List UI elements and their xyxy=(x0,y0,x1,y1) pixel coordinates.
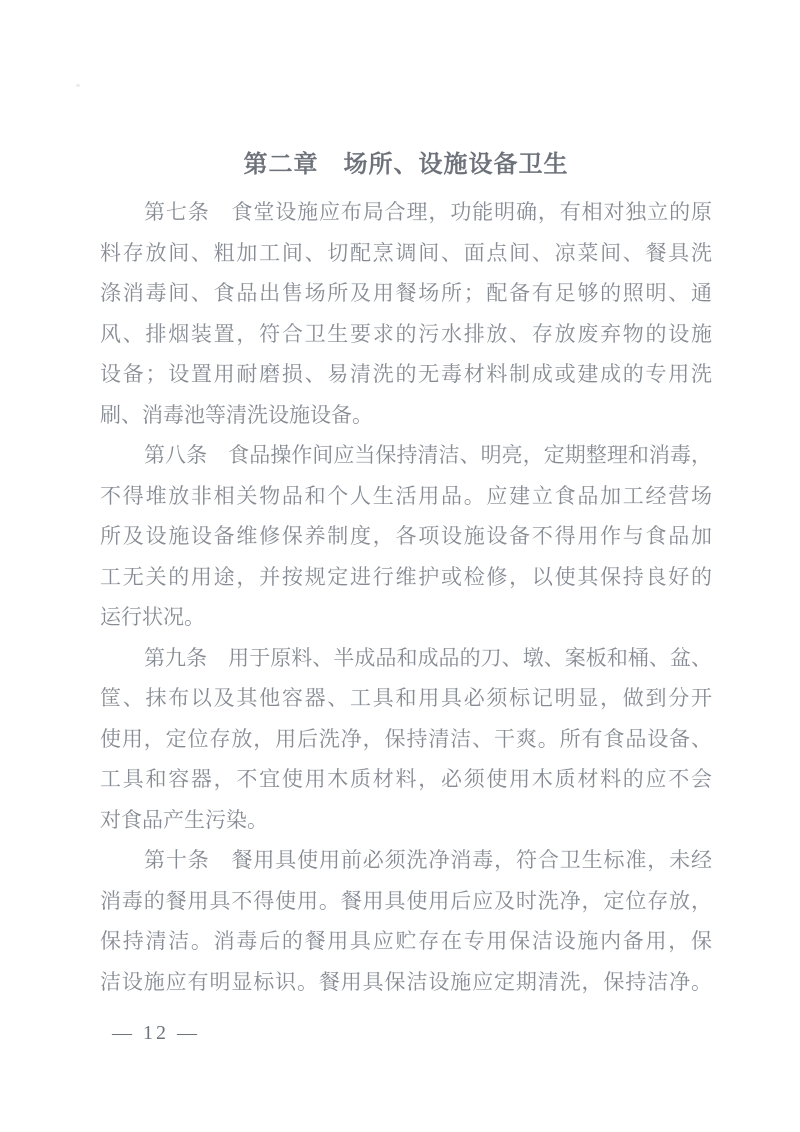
text-line: 第十条 餐用具使用前必须洗净消毒，符合卫生标准，未经 xyxy=(100,840,712,881)
text-line: 第七条 食堂设施应布局合理，功能明确，有相对独立的原 xyxy=(100,192,712,233)
paragraph-article-7: 第七条 食堂设施应布局合理，功能明确，有相对独立的原 料存放间、粗加工间、切配烹… xyxy=(100,192,712,435)
text-line: 风、排烟装置，符合卫生要求的污水排放、存放废弃物的设施 xyxy=(100,314,712,355)
text-line: 工具和容器，不宜使用木质材料，必须使用木质材料的应不会 xyxy=(100,759,712,800)
paragraph-article-8: 第八条 食品操作间应当保持清洁、明亮，定期整理和消毒， 不得堆放非相关物品和个人… xyxy=(100,435,712,638)
text-line: 不得堆放非相关物品和个人生活用品。应建立食品加工经营场 xyxy=(100,476,712,517)
document-page: 第二章 场所、设施设备卫生 第七条 食堂设施应布局合理，功能明确，有相对独立的原… xyxy=(0,0,800,1132)
chapter-title: 第二章 场所、设施设备卫生 xyxy=(100,144,712,179)
page-number: — 12 — xyxy=(112,1022,200,1045)
text-line: 对食品产生污染。 xyxy=(100,800,712,841)
text-line: 消毒的餐用具不得使用。餐用具使用后应及时洗净，定位存放， xyxy=(100,881,712,922)
text-line: 料存放间、粗加工间、切配烹调间、面点间、凉菜间、餐具洗 xyxy=(100,233,712,274)
document-body: 第七条 食堂设施应布局合理，功能明确，有相对独立的原 料存放间、粗加工间、切配烹… xyxy=(100,192,712,1002)
text-line: 运行状况。 xyxy=(100,597,712,638)
text-line: 第八条 食品操作间应当保持清洁、明亮，定期整理和消毒， xyxy=(100,435,712,476)
paragraph-article-10: 第十条 餐用具使用前必须洗净消毒，符合卫生标准，未经 消毒的餐用具不得使用。餐用… xyxy=(100,840,712,1002)
text-line: 保持清洁。消毒后的餐用具应贮存在专用保洁设施内备用，保 xyxy=(100,921,712,962)
text-line: 所及设施设备维修保养制度，各项设施设备不得用作与食品加 xyxy=(100,516,712,557)
text-line: 筐、抹布以及其他容器、工具和用具必须标记明显，做到分开 xyxy=(100,678,712,719)
paragraph-article-9: 第九条 用于原料、半成品和成品的刀、墩、案板和桶、盆、 筐、抹布以及其他容器、工… xyxy=(100,638,712,841)
text-line: 洁设施应有明显标识。餐用具保洁设施应定期清洗，保持洁净。 xyxy=(100,962,712,1003)
page-number-text: — 12 — xyxy=(112,1022,200,1044)
text-line: 第九条 用于原料、半成品和成品的刀、墩、案板和桶、盆、 xyxy=(100,638,712,679)
scan-artifact-speck xyxy=(76,84,80,87)
text-line: 工无关的用途，并按规定进行维护或检修，以使其保持良好的 xyxy=(100,557,712,598)
text-line: 刷、消毒池等清洗设施设备。 xyxy=(100,395,712,436)
text-line: 使用，定位存放，用后洗净，保持清洁、干爽。所有食品设备、 xyxy=(100,719,712,760)
text-line: 设备；设置用耐磨损、易清洗的无毒材料制成或建成的专用洗 xyxy=(100,354,712,395)
text-line: 涤消毒间、食品出售场所及用餐场所；配备有足够的照明、通 xyxy=(100,273,712,314)
